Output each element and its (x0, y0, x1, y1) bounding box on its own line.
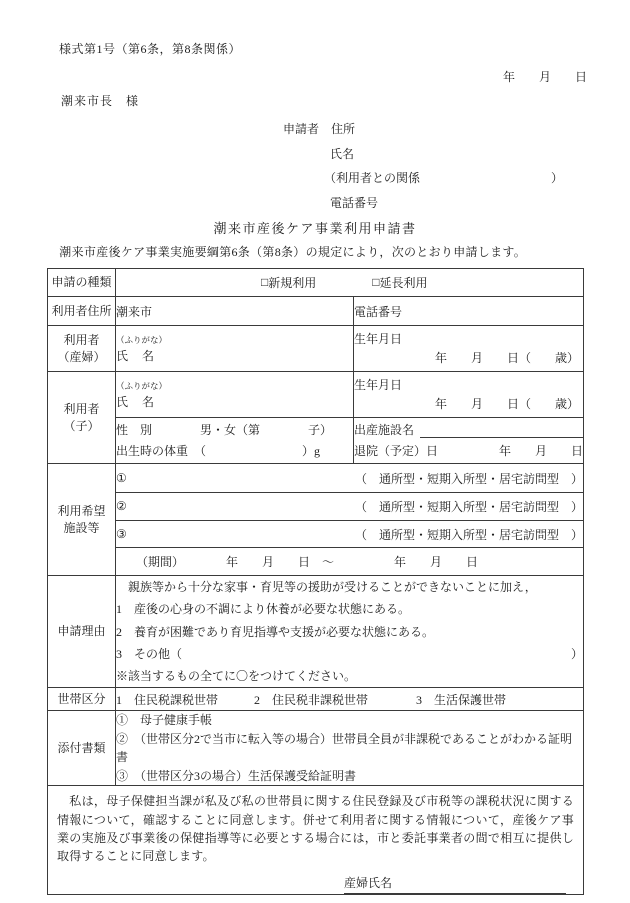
reason-item-3: 3 その他（ ） (116, 643, 583, 665)
facility-3-types: （ 通所型・短期入所型・居宅訪問型 ） (355, 526, 583, 543)
facility-1-number: ① (116, 471, 127, 486)
mother-name-label: 氏 名 (116, 346, 353, 366)
child-birth-fields: 年 月 日（ 歳） (354, 394, 583, 414)
option-new-use-label: 新規利用 (268, 274, 316, 291)
reason-intro: 親族等から十分な家事・育児等の援助が受けることができないことに加え， (116, 576, 583, 598)
reason-item-3-blank (182, 643, 571, 665)
reason-item-2: 2 養育が困難であり育児指導や支援が必要な状態にある。 (116, 621, 583, 643)
applicant-block: 申請者 住所 氏名 （利用者との関係 ） 電話番号 (283, 117, 563, 215)
facility-wish-label-line1: 利用希望 (48, 503, 115, 520)
attachments-cell: ① 母子健康手帳 ② （世帯区分2で当市に転入等の場合）世帯員全員が非課税である… (116, 711, 584, 786)
attachment-item-1: ① 母子健康手帳 (116, 711, 583, 730)
facility-2-number: ② (116, 499, 127, 514)
date-line: 年 月 日 (503, 68, 587, 85)
intro-sentence: 潮来市産後ケア事業実施要綱第6条（第8条）の規定により，次のとおり申請します。 (47, 243, 526, 260)
form-number: 様式第1号（第6条，第8条関係） (59, 40, 241, 57)
discharge-fields: 年 月 日 (499, 441, 583, 462)
reason-item-3-prefix: 3 その他（ (116, 643, 182, 665)
relation-open: （利用者との関係 (324, 166, 420, 191)
child-label-line1: 利用者 (48, 401, 115, 418)
discharge-label: 退院（予定）日 (354, 441, 438, 462)
relation-close: ） (551, 166, 563, 191)
option-extend-use-label: 延長利用 (380, 274, 428, 291)
child-label-line2: （子） (48, 418, 115, 435)
user-phone-label: 電話番号 (354, 297, 584, 326)
signature-label: 産婦氏名 (344, 876, 392, 890)
attachment-item-2: ② （世帯区分2で当市に転入等の場合）世帯員全員が非課税であることがわかる証明書 (116, 730, 583, 767)
checkbox-new-use-icon[interactable]: □ (261, 275, 268, 290)
reason-note: ※該当するもの全てに〇をつけてください。 (116, 665, 583, 687)
child-name-label: 氏 名 (116, 392, 353, 412)
mother-birth-fields: 年 月 日（ 歳） (354, 348, 583, 368)
child-weight-line: 出生時の体重 （ ）g (116, 441, 353, 462)
mother-name-cell: （ふりがな） 氏 名 (116, 326, 354, 372)
mother-label: 利用者 （産婦） (48, 326, 116, 372)
applicant-address-label: 住所 (331, 117, 355, 142)
facility-period-line: （期間） 年 月 日 〜 年 月 日 (136, 555, 478, 569)
application-type-cell: □ 新規利用 □ 延長利用 (116, 269, 584, 297)
child-facility-cell: 出産施設名 退院（予定）日 年 月 日 (354, 418, 584, 464)
child-furigana-label: （ふりがな） (116, 377, 353, 392)
user-address-label: 利用者住所 (48, 297, 116, 326)
facility-row-1: ① （ 通所型・短期入所型・居宅訪問型 ） (116, 464, 584, 493)
reason-cell: 親族等から十分な家事・育児等の援助が受けることができないことに加え， 1 産後の… (116, 576, 584, 688)
option-new-use: □ 新規利用 (261, 274, 316, 291)
birth-facility-blank (420, 424, 583, 438)
facility-2-types: （ 通所型・短期入所型・居宅訪問型 ） (355, 498, 583, 515)
attachment-item-3: ③ （世帯区分3の場合）生活保護受給証明書 (116, 767, 583, 786)
child-birth-label: 生年月日 (354, 375, 583, 394)
applicant-relation-line: （利用者との関係 ） (283, 166, 563, 191)
consent-cell: 私は，母子保健担当課が私及び私の世帯員に関する住民登録及び市税等の課税状況に関す… (48, 786, 584, 895)
form-page: { "page": { "form_number": "様式第1号（第6条，第8… (0, 0, 630, 903)
facility-row-3: ③ （ 通所型・短期入所型・居宅訪問型 ） (116, 521, 584, 548)
reason-item-3-close: ） (571, 643, 583, 665)
child-name-cell: （ふりがな） 氏 名 (116, 372, 354, 418)
mother-label-line1: 利用者 (48, 332, 115, 349)
application-form-table: 申請の種類 □ 新規利用 □ 延長利用 利用者住所 潮来市 電話番号 利用者 （… (47, 268, 584, 895)
application-type-label: 申請の種類 (48, 269, 116, 297)
mother-furigana-label: （ふりがな） (116, 331, 353, 346)
facility-period-row: （期間） 年 月 日 〜 年 月 日 (116, 548, 584, 576)
facility-1-types: （ 通所型・短期入所型・居宅訪問型 ） (355, 470, 583, 487)
facility-row-2: ② （ 通所型・短期入所型・居宅訪問型 ） (116, 493, 584, 521)
facility-3-number: ③ (116, 527, 127, 542)
page-title: 潮来市産後ケア事業利用申請書 (0, 218, 630, 237)
attachments-label: 添付書類 (48, 711, 116, 786)
checkbox-extend-use-icon[interactable]: □ (372, 275, 379, 290)
applicant-phone-label: 電話番号 (283, 191, 563, 216)
child-sex-weight-cell: 性 別 男・女（第 子） 出生時の体重 （ ）g (116, 418, 354, 464)
reason-item-1: 1 産後の心身の不調により休養が必要な状態にある。 (116, 598, 583, 620)
mother-birth-label: 生年月日 (354, 329, 583, 348)
consent-text: 私は，母子保健担当課が私及び私の世帯員に関する住民登録及び市税等の課税状況に関す… (57, 792, 574, 865)
child-birth-cell: 生年月日 年 月 日（ 歳） (354, 372, 584, 418)
household-options: 1 住民税課税世帯 2 住民税非課税世帯 3 生活保護世帯 (116, 688, 584, 711)
applicant-label: 申請者 (283, 117, 319, 142)
mother-label-line2: （産婦） (48, 349, 115, 366)
addressee: 潮来市長 様 (61, 92, 139, 109)
user-address-value: 潮来市 (116, 297, 354, 326)
option-extend-use: □ 延長利用 (372, 274, 427, 291)
relation-blank (420, 166, 551, 191)
child-sex-line: 性 別 男・女（第 子） (116, 420, 353, 441)
birth-facility-label: 出産施設名 (354, 420, 414, 441)
child-label: 利用者 （子） (48, 372, 116, 464)
household-label: 世帯区分 (48, 688, 116, 711)
facility-wish-label-line2: 施設等 (48, 520, 115, 537)
facility-wish-label: 利用希望 施設等 (48, 464, 116, 576)
mother-signature-field: 産婦氏名 (344, 874, 566, 894)
applicant-name-label: 氏名 (283, 142, 563, 167)
mother-birth-cell: 生年月日 年 月 日（ 歳） (354, 326, 584, 372)
reason-label: 申請理由 (48, 576, 116, 688)
